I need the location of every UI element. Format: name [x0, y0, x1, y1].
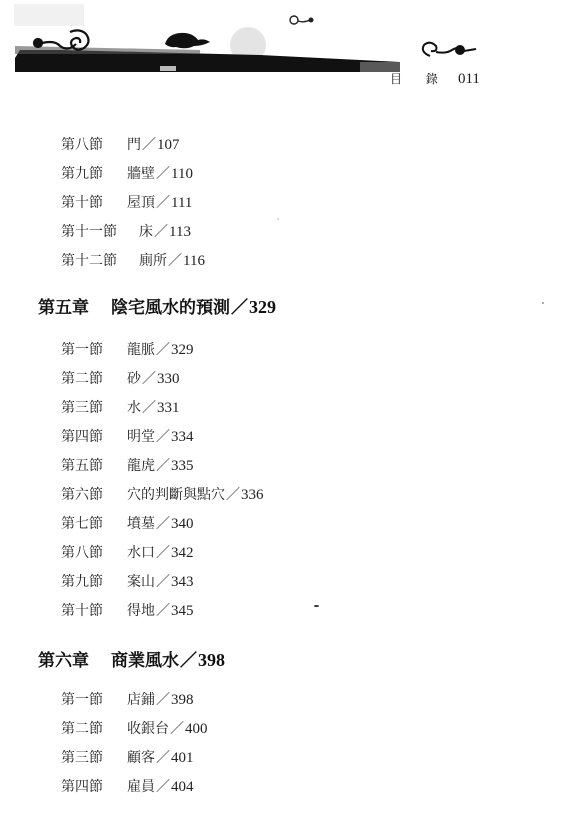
toc-section-entry[interactable]: 第七節墳墓／340: [61, 513, 194, 533]
toc-section-entry[interactable]: 第四節雇員／404: [61, 776, 194, 796]
toc-section-entry[interactable]: 第九節案山／343: [61, 571, 194, 591]
toc-section-entry[interactable]: 第三節顧客／401: [61, 747, 194, 767]
scan-speck: [314, 605, 319, 607]
toc-chapter-heading[interactable]: 第五章陰宅風水的預測／329: [38, 293, 276, 318]
dragon-cloud-icon: [165, 33, 210, 48]
toc-section-entry[interactable]: 第一節店鋪／398: [61, 689, 194, 709]
toc-section-entry[interactable]: 第三節水／331: [61, 397, 180, 417]
toc-chapter-heading[interactable]: 第六章商業風水／398: [38, 646, 225, 671]
toc-section-entry[interactable]: 第十節得地／345: [61, 600, 194, 620]
decorative-cloud-banner: [0, 0, 572, 80]
toc-section-entry[interactable]: 第十二節廁所／116: [61, 250, 205, 270]
toc-section-entry[interactable]: 第六節穴的判斷與點穴／336: [61, 484, 264, 504]
scan-speck: [277, 218, 279, 220]
toc-section-entry[interactable]: 第四節明堂／334: [61, 426, 194, 446]
running-header: 目 錄 011: [390, 70, 480, 88]
toc-section-entry[interactable]: 第二節砂／330: [61, 368, 180, 388]
toc-section-entry[interactable]: 第一節龍脈／329: [61, 339, 194, 359]
toc-section-entry[interactable]: 第九節牆壁／110: [61, 163, 193, 183]
toc-section-entry[interactable]: 第五節龍虎／335: [61, 455, 194, 475]
page-number: 011: [458, 71, 480, 87]
toc-section-entry[interactable]: 第十節屋頂／111: [61, 192, 192, 212]
cloud-swirl-right-icon: [423, 43, 476, 56]
toc-section-entry[interactable]: 第八節門／107: [61, 134, 180, 154]
toc-section-entry[interactable]: 第二節收銀台／400: [61, 718, 208, 738]
header-title: 目 錄: [390, 72, 448, 86]
toc-section-entry[interactable]: 第十一節床／113: [61, 221, 191, 241]
small-swirl-icon: [290, 16, 313, 24]
toc-section-entry[interactable]: 第八節水口／342: [61, 542, 194, 562]
scan-speck: [542, 302, 544, 304]
